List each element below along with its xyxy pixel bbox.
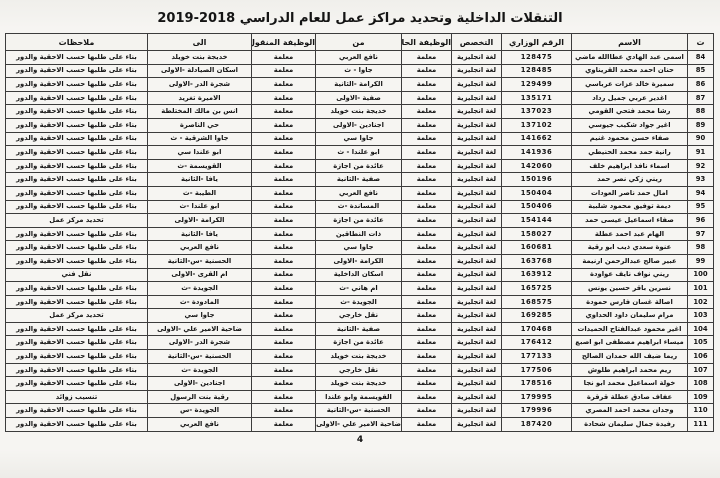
cell-ministry-number: 158027 (502, 227, 572, 241)
cell-current-position: معلمة (402, 91, 452, 105)
cell-specialty: لغة انجليزية (452, 132, 502, 146)
cell-transferred-position: معلمة (252, 309, 316, 323)
cell-serial: 94 (688, 186, 714, 200)
cell-current-position: معلمة (402, 404, 452, 418)
cell-current-position: معلمة (402, 254, 452, 268)
cell-name: رفيدة جمال سليمان شحادة (572, 418, 688, 432)
table-row: 86سميرة خالد عزات عرباسي129499لغة انجليز… (6, 78, 714, 92)
cell-name: ريما ضيف الله حمدان الصالح (572, 350, 688, 364)
cell-to: اجنادين -الاولى (148, 377, 252, 391)
cell-serial: 89 (688, 118, 714, 132)
cell-to: ابو علندا -ث (148, 200, 252, 214)
cell-to: ابو علندا سي (148, 146, 252, 160)
table-row: 100ريني نواف نايف عواودة163912لغة انجليز… (6, 268, 714, 282)
cell-name: مرام سليمان داود الحداوي (572, 309, 688, 323)
table-row: 107ريم محمد ابراهيم طلوش177506لغة انجليز… (6, 363, 714, 377)
header-serial: ت (688, 34, 714, 51)
cell-from: خديجة بنت خويلد (316, 105, 402, 119)
cell-ministry-number: 129499 (502, 78, 572, 92)
cell-from: ضاحية الامير علي -الاولى (316, 418, 402, 432)
table-row: 104اغير محمود عبدالفتاح الحميدات170468لغ… (6, 322, 714, 336)
cell-notes: بناء على طلبها حسب الاحقية والدور (6, 377, 148, 391)
table-row: 92اسماء نافذ ابراهيم خلف142060لغة انجليز… (6, 159, 714, 173)
cell-transferred-position: معلمة (252, 295, 316, 309)
cell-current-position: معلمة (402, 390, 452, 404)
cell-notes: بناء على طلبها حسب الاحقية والدور (6, 336, 148, 350)
cell-name: امال حمد ناصر العودات (572, 186, 688, 200)
cell-name: وجدان محمد احمد المصري (572, 404, 688, 418)
cell-current-position: معلمة (402, 322, 452, 336)
cell-to: رقية بنت الرسول (148, 390, 252, 404)
table-row: 84اسمى عبد الهادي عطاالله ماضي128475لغة … (6, 51, 714, 65)
cell-current-position: معلمة (402, 295, 452, 309)
cell-to: الحسنية -س-الثانية (148, 254, 252, 268)
cell-from: نافع العربي (316, 51, 402, 65)
cell-serial: 110 (688, 404, 714, 418)
cell-from: عائدة من اجازة (316, 336, 402, 350)
cell-notes: بناء على طلبها حسب الاحقية والدور (6, 64, 148, 78)
header-current-position: الوظيفة الحالية (402, 34, 452, 51)
header-notes: ملاحظات (6, 34, 148, 51)
cell-serial: 95 (688, 200, 714, 214)
cell-current-position: معلمة (402, 350, 452, 364)
cell-from: جاوا سي (316, 241, 402, 255)
cell-specialty: لغة انجليزية (452, 322, 502, 336)
cell-name: اصالة غسان فارس حمودة (572, 295, 688, 309)
cell-from: نافع العربي (316, 186, 402, 200)
cell-from: ذات النطاقين (316, 227, 402, 241)
cell-ministry-number: 141936 (502, 146, 572, 160)
table-row: 95ديمة توفيق محمود شلبية150406لغة انجليز… (6, 200, 714, 214)
cell-to: يافا -الثانية (148, 227, 252, 241)
cell-current-position: معلمة (402, 51, 452, 65)
cell-current-position: معلمة (402, 200, 452, 214)
cell-name: ريني زكي نصر حمد (572, 173, 688, 187)
cell-current-position: معلمة (402, 309, 452, 323)
table-row: 111رفيدة جمال سليمان شحادة187420لغة انجل… (6, 418, 714, 432)
cell-current-position: معلمة (402, 418, 452, 432)
cell-ministry-number: 187420 (502, 418, 572, 432)
cell-name: الهام عبد احمد عطلة (572, 227, 688, 241)
cell-notes: بناء على طلبها حسب الاحقية والدور (6, 227, 148, 241)
cell-notes: بناء على طلبها حسب الاحقية والدور (6, 159, 148, 173)
table-row: 103مرام سليمان داود الحداوي169285لغة انج… (6, 309, 714, 323)
table-row: 99عبير صالح عبدالرحمن ارنيمة163768لغة ان… (6, 254, 714, 268)
cell-specialty: لغة انجليزية (452, 254, 502, 268)
cell-name: عفاف صادق عطلة قرقرة (572, 390, 688, 404)
cell-name: ريم محمد ابراهيم طلوش (572, 363, 688, 377)
page-title: التنقلات الداخلية وتحديد مراكز عمل للعام… (6, 6, 714, 33)
cell-specialty: لغة انجليزية (452, 118, 502, 132)
cell-ministry-number: 179995 (502, 390, 572, 404)
cell-serial: 106 (688, 350, 714, 364)
cell-from: نقل خارجي (316, 363, 402, 377)
cell-transferred-position: معلمة (252, 336, 316, 350)
cell-serial: 88 (688, 105, 714, 119)
cell-from: صفية -الثانية (316, 173, 402, 187)
document-page: التنقلات الداخلية وتحديد مراكز عمل للعام… (0, 0, 720, 478)
cell-serial: 108 (688, 377, 714, 391)
cell-ministry-number: 150406 (502, 200, 572, 214)
cell-name: ريني نواف نايف عواودة (572, 268, 688, 282)
cell-specialty: لغة انجليزية (452, 227, 502, 241)
cell-notes: بناء على طلبها حسب الاحقية والدور (6, 51, 148, 65)
cell-current-position: معلمة (402, 118, 452, 132)
table-row: 106ريما ضيف الله حمدان الصالح177133لغة ا… (6, 350, 714, 364)
cell-notes: تحديد مركز عمل (6, 214, 148, 228)
cell-from: الكرامة -الثانية (316, 78, 402, 92)
cell-specialty: لغة انجليزية (452, 186, 502, 200)
cell-ministry-number: 142060 (502, 159, 572, 173)
cell-from: الحسنية -س-الثانية (316, 404, 402, 418)
cell-current-position: معلمة (402, 186, 452, 200)
transfers-table: ت الاسم الرقم الوزاري التخصص الوظيفة الح… (5, 33, 714, 432)
cell-from: ابو علندا - ث (316, 146, 402, 160)
cell-notes: بناء على طلبها حسب الاحقية والدور (6, 146, 148, 160)
cell-specialty: لغة انجليزية (452, 268, 502, 282)
cell-from: صفية -الاولى (316, 91, 402, 105)
cell-notes: بناء على طلبها حسب الاحقية والدور (6, 350, 148, 364)
cell-name: سميرة خالد عزات عرباسي (572, 78, 688, 92)
cell-current-position: معلمة (402, 377, 452, 391)
table-row: 94امال حمد ناصر العودات150404لغة انجليزي… (6, 186, 714, 200)
cell-serial: 96 (688, 214, 714, 228)
cell-name: خولة اسماعيل محمد ابو نجا (572, 377, 688, 391)
cell-current-position: معلمة (402, 363, 452, 377)
cell-transferred-position: معلمة (252, 350, 316, 364)
cell-serial: 98 (688, 241, 714, 255)
cell-to: نافع العربي (148, 241, 252, 255)
cell-transferred-position: معلمة (252, 146, 316, 160)
cell-ministry-number: 177133 (502, 350, 572, 364)
cell-serial: 91 (688, 146, 714, 160)
cell-serial: 104 (688, 322, 714, 336)
cell-current-position: معلمة (402, 132, 452, 146)
cell-specialty: لغة انجليزية (452, 159, 502, 173)
cell-from: جاوا - ث (316, 64, 402, 78)
cell-current-position: معلمة (402, 336, 452, 350)
cell-ministry-number: 165725 (502, 282, 572, 296)
cell-ministry-number: 141662 (502, 132, 572, 146)
cell-notes: بناء على طلبها حسب الاحقية والدور (6, 363, 148, 377)
cell-transferred-position: معلمة (252, 390, 316, 404)
cell-to: نافع العربي (148, 418, 252, 432)
cell-specialty: لغة انجليزية (452, 214, 502, 228)
cell-current-position: معلمة (402, 105, 452, 119)
cell-transferred-position: معلمة (252, 51, 316, 65)
cell-name: عنوة سعدي ذيب ابو رقية (572, 241, 688, 255)
table-row: 89اغير جواد شكيب جيوسي137102لغة انجليزية… (6, 118, 714, 132)
table-row: 105ميساء ابراهيم مصطفى ابو اصبع176412لغة… (6, 336, 714, 350)
cell-transferred-position: معلمة (252, 118, 316, 132)
table-row: 97الهام عبد احمد عطلة158027لغة انجليزيةم… (6, 227, 714, 241)
cell-from: ام هاني -ث (316, 282, 402, 296)
cell-specialty: لغة انجليزية (452, 350, 502, 364)
cell-name: اغير جواد شكيب جيوسي (572, 118, 688, 132)
cell-to: خديجة بنت خويلد (148, 51, 252, 65)
cell-name: رشا محمد فتحي القومي (572, 105, 688, 119)
cell-to: ضاحية الامير علي -الاولى (148, 322, 252, 336)
cell-transferred-position: معلمة (252, 105, 316, 119)
cell-notes: تحديد مركز عمل (6, 309, 148, 323)
cell-ministry-number: 169285 (502, 309, 572, 323)
cell-specialty: لغة انجليزية (452, 404, 502, 418)
cell-transferred-position: معلمة (252, 363, 316, 377)
cell-from: القويسمة وابو علندا (316, 390, 402, 404)
cell-from: الجويدة -ث (316, 295, 402, 309)
cell-from: الكرامة -الاولى (316, 254, 402, 268)
cell-name: اسماء نافذ ابراهيم خلف (572, 159, 688, 173)
cell-specialty: لغة انجليزية (452, 200, 502, 214)
cell-current-position: معلمة (402, 268, 452, 282)
cell-name: ميساء ابراهيم مصطفى ابو اصبع (572, 336, 688, 350)
cell-ministry-number: 179996 (502, 404, 572, 418)
cell-transferred-position: معلمة (252, 214, 316, 228)
table-row: 87اغدير عربي جميل رداد135171لغة انجليزية… (6, 91, 714, 105)
cell-specialty: لغة انجليزية (452, 241, 502, 255)
cell-ministry-number: 178516 (502, 377, 572, 391)
cell-serial: 84 (688, 51, 714, 65)
cell-to: الطيبة -ث (148, 186, 252, 200)
cell-transferred-position: معلمة (252, 200, 316, 214)
cell-specialty: لغة انجليزية (452, 336, 502, 350)
cell-notes: بناء على طلبها حسب الاحقية والدور (6, 282, 148, 296)
cell-serial: 99 (688, 254, 714, 268)
cell-current-position: معلمة (402, 159, 452, 173)
cell-name: اغدير عربي جميل رداد (572, 91, 688, 105)
cell-specialty: لغة انجليزية (452, 91, 502, 105)
cell-transferred-position: معلمة (252, 78, 316, 92)
table-row: 110وجدان محمد احمد المصري179996لغة انجلي… (6, 404, 714, 418)
cell-serial: 100 (688, 268, 714, 282)
cell-to: الحسنية -س-الثانية (148, 350, 252, 364)
cell-notes: بناء على طلبها حسب الاحقية والدور (6, 91, 148, 105)
cell-from: اجنادين -الاولى (316, 118, 402, 132)
cell-serial: 103 (688, 309, 714, 323)
cell-transferred-position: معلمة (252, 132, 316, 146)
cell-to: الجويدة -ث (148, 282, 252, 296)
cell-specialty: لغة انجليزية (452, 309, 502, 323)
cell-name: اغير محمود عبدالفتاح الحميدات (572, 322, 688, 336)
cell-serial: 86 (688, 78, 714, 92)
cell-notes: بناء على طلبها حسب الاحقية والدور (6, 418, 148, 432)
cell-specialty: لغة انجليزية (452, 282, 502, 296)
cell-ministry-number: 177506 (502, 363, 572, 377)
cell-from: اسكان الداخلية (316, 268, 402, 282)
cell-to: شجرة الدر -الاولى (148, 78, 252, 92)
cell-to: الجويدة -س (148, 404, 252, 418)
cell-notes: بناء على طلبها حسب الاحقية والدور (6, 105, 148, 119)
table-row: 91رانية حمد محمد الحنيطي141936لغة انجليز… (6, 146, 714, 160)
cell-transferred-position: معلمة (252, 322, 316, 336)
cell-name: صفاء اسماعيل عيسى حمد (572, 214, 688, 228)
cell-current-position: معلمة (402, 146, 452, 160)
table-row: 96صفاء اسماعيل عيسى حمد154144لغة انجليزي… (6, 214, 714, 228)
cell-from: عائدة من اجازة (316, 159, 402, 173)
table-header-row: ت الاسم الرقم الوزاري التخصص الوظيفة الح… (6, 34, 714, 51)
cell-ministry-number: 128475 (502, 51, 572, 65)
cell-name: ديمة توفيق محمود شلبية (572, 200, 688, 214)
cell-transferred-position: معلمة (252, 186, 316, 200)
cell-transferred-position: معلمة (252, 404, 316, 418)
page-number: 4 (6, 432, 714, 445)
header-to: الى (148, 34, 252, 51)
cell-from: المساندة -ث (316, 200, 402, 214)
cell-ministry-number: 163768 (502, 254, 572, 268)
cell-transferred-position: معلمة (252, 159, 316, 173)
cell-serial: 85 (688, 64, 714, 78)
cell-current-position: معلمة (402, 241, 452, 255)
cell-ministry-number: 128485 (502, 64, 572, 78)
cell-ministry-number: 135171 (502, 91, 572, 105)
table-row: 108خولة اسماعيل محمد ابو نجا178516لغة ان… (6, 377, 714, 391)
cell-specialty: لغة انجليزية (452, 418, 502, 432)
cell-transferred-position: معلمة (252, 241, 316, 255)
cell-to: جاوا الشرقية - ث (148, 132, 252, 146)
cell-specialty: لغة انجليزية (452, 78, 502, 92)
cell-to: الكرامة -الاولى (148, 214, 252, 228)
cell-ministry-number: 168575 (502, 295, 572, 309)
cell-notes: تنسيب زوائد (6, 390, 148, 404)
cell-from: صفية -الثانية (316, 322, 402, 336)
cell-notes: بناء على طلبها حسب الاحقية والدور (6, 173, 148, 187)
cell-current-position: معلمة (402, 214, 452, 228)
cell-serial: 90 (688, 132, 714, 146)
cell-from: جاوا سي (316, 132, 402, 146)
cell-transferred-position: معلمة (252, 254, 316, 268)
cell-serial: 93 (688, 173, 714, 187)
cell-transferred-position: معلمة (252, 91, 316, 105)
table-row: 109عفاف صادق عطلة قرقرة179995لغة انجليزي… (6, 390, 714, 404)
cell-from: خديجة بنت خويلد (316, 377, 402, 391)
table-row: 90صفاء حسن محمود غنيم141662لغة انجليزيةم… (6, 132, 714, 146)
cell-from: نقل خارجي (316, 309, 402, 323)
table-row: 101نسرين باقر حسين يونس165725لغة انجليزي… (6, 282, 714, 296)
cell-current-position: معلمة (402, 227, 452, 241)
cell-ministry-number: 150404 (502, 186, 572, 200)
cell-notes: بناء على طلبها حسب الاحقية والدور (6, 118, 148, 132)
cell-current-position: معلمة (402, 282, 452, 296)
cell-transferred-position: معلمة (252, 282, 316, 296)
cell-notes: بناء على طلبها حسب الاحقية والدور (6, 200, 148, 214)
cell-serial: 102 (688, 295, 714, 309)
header-name: الاسم (572, 34, 688, 51)
cell-serial: 97 (688, 227, 714, 241)
cell-specialty: لغة انجليزية (452, 146, 502, 160)
header-transferred-position: الوظيفة المنقول اليها (252, 34, 316, 51)
cell-notes: بناء على طلبها حسب الاحقية والدور (6, 295, 148, 309)
cell-to: يافا -الثانية (148, 173, 252, 187)
cell-name: حنان احمد محمد القريناوي (572, 64, 688, 78)
table-row: 98عنوة سعدي ذيب ابو رقية160681لغة انجليز… (6, 241, 714, 255)
header-from: من (316, 34, 402, 51)
cell-specialty: لغة انجليزية (452, 363, 502, 377)
table-row: 102اصالة غسان فارس حمودة168575لغة انجليز… (6, 295, 714, 309)
cell-name: عبير صالح عبدالرحمن ارنيمة (572, 254, 688, 268)
cell-from: عائدة من اجازة (316, 214, 402, 228)
cell-serial: 105 (688, 336, 714, 350)
cell-specialty: لغة انجليزية (452, 64, 502, 78)
cell-notes: بناء على طلبها حسب الاحقية والدور (6, 241, 148, 255)
table-row: 88رشا محمد فتحي القومي137023لغة انجليزية… (6, 105, 714, 119)
cell-ministry-number: 170468 (502, 322, 572, 336)
cell-ministry-number: 150196 (502, 173, 572, 187)
cell-name: صفاء حسن محمود غنيم (572, 132, 688, 146)
cell-to: شجرة الدر -الاولى (148, 336, 252, 350)
cell-name: رانية حمد محمد الحنيطي (572, 146, 688, 160)
cell-ministry-number: 137023 (502, 105, 572, 119)
cell-to: القويسمة -ث (148, 159, 252, 173)
cell-to: الجويدة -ث (148, 363, 252, 377)
cell-serial: 101 (688, 282, 714, 296)
cell-to: ام القرى -الاولى (148, 268, 252, 282)
table-row: 93ريني زكي نصر حمد150196لغة انجليزيةمعلم… (6, 173, 714, 187)
cell-serial: 92 (688, 159, 714, 173)
cell-transferred-position: معلمة (252, 418, 316, 432)
cell-from: خديجة بنت خويلد (316, 350, 402, 364)
cell-to: اسكان الصيادلة -الاولى (148, 64, 252, 78)
cell-serial: 111 (688, 418, 714, 432)
cell-current-position: معلمة (402, 78, 452, 92)
cell-to: حي الناصرة (148, 118, 252, 132)
cell-notes: بناء على طلبها حسب الاحقية والدور (6, 186, 148, 200)
cell-specialty: لغة انجليزية (452, 51, 502, 65)
cell-notes: بناء على طلبها حسب الاحقية والدور (6, 322, 148, 336)
cell-specialty: لغة انجليزية (452, 105, 502, 119)
cell-name: نسرين باقر حسين يونس (572, 282, 688, 296)
cell-notes: بناء على طلبها حسب الاحقية والدور (6, 78, 148, 92)
cell-ministry-number: 163912 (502, 268, 572, 282)
cell-specialty: لغة انجليزية (452, 390, 502, 404)
cell-current-position: معلمة (402, 173, 452, 187)
cell-notes: بناء على طلبها حسب الاحقية والدور (6, 132, 148, 146)
cell-transferred-position: معلمة (252, 377, 316, 391)
cell-notes: نقل فني (6, 268, 148, 282)
cell-to: المادودة -ث (148, 295, 252, 309)
cell-transferred-position: معلمة (252, 64, 316, 78)
cell-ministry-number: 137102 (502, 118, 572, 132)
cell-serial: 87 (688, 91, 714, 105)
cell-ministry-number: 176412 (502, 336, 572, 350)
cell-to: الاميرة تغريد (148, 91, 252, 105)
cell-transferred-position: معلمة (252, 268, 316, 282)
cell-current-position: معلمة (402, 64, 452, 78)
cell-specialty: لغة انجليزية (452, 377, 502, 391)
cell-specialty: لغة انجليزية (452, 173, 502, 187)
cell-to: جاوا سي (148, 309, 252, 323)
cell-specialty: لغة انجليزية (452, 295, 502, 309)
cell-notes: بناء على طلبها حسب الاحقية والدور (6, 254, 148, 268)
cell-to: انس بن مالك المختلطة (148, 105, 252, 119)
header-ministry-number: الرقم الوزاري (502, 34, 572, 51)
cell-notes: بناء على طلبها حسب الاحقية والدور (6, 404, 148, 418)
cell-ministry-number: 160681 (502, 241, 572, 255)
cell-transferred-position: معلمة (252, 227, 316, 241)
cell-serial: 107 (688, 363, 714, 377)
cell-ministry-number: 154144 (502, 214, 572, 228)
cell-name: اسمى عبد الهادي عطاالله ماضي (572, 51, 688, 65)
cell-serial: 109 (688, 390, 714, 404)
table-row: 85حنان احمد محمد القريناوي128485لغة انجل… (6, 64, 714, 78)
header-specialty: التخصص (452, 34, 502, 51)
cell-transferred-position: معلمة (252, 173, 316, 187)
